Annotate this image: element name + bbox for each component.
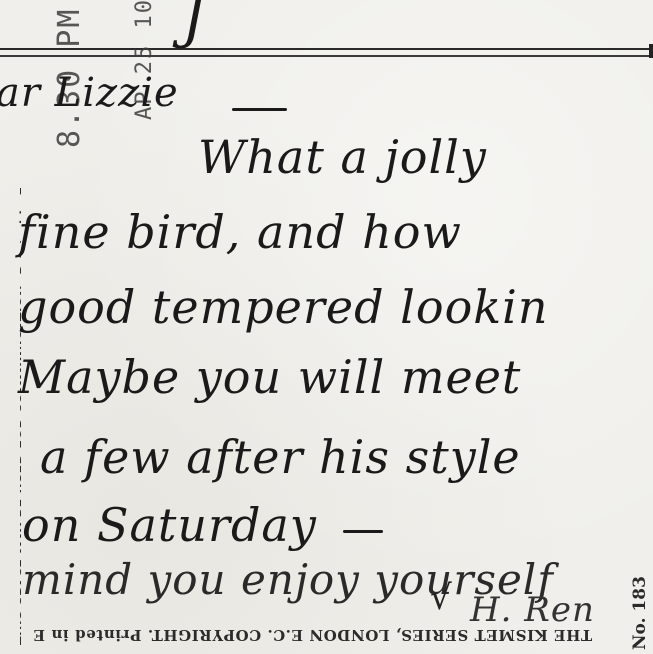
publisher-credit-text: THE KISMET SERIES, LONDON E.C. COPYRIGHT… bbox=[33, 626, 592, 644]
message-line-6: on Saturday bbox=[22, 498, 317, 552]
salutation-dash bbox=[232, 108, 287, 111]
message-line-3: good tempered lookin bbox=[18, 280, 549, 334]
message-line-4: Maybe you will meet bbox=[18, 350, 521, 404]
card-number-text: No. 183 bbox=[630, 576, 650, 650]
message-line-5: a few after his style bbox=[40, 430, 521, 484]
bottom-publisher-print: THE KISMET SERIES, LONDON E.C. COPYRIGHT… bbox=[0, 620, 610, 654]
line-6-dash bbox=[343, 530, 383, 533]
card-number: No. 183 bbox=[628, 545, 652, 654]
salutation: ar Lizzie bbox=[0, 70, 179, 116]
check-mark: √ bbox=[430, 578, 452, 618]
top-handwriting-fragment: J bbox=[182, 0, 205, 51]
message-line-2: fine bird, and how bbox=[18, 205, 462, 259]
message-line-1: What a jolly bbox=[198, 130, 487, 184]
divider-end-mark bbox=[649, 44, 653, 58]
